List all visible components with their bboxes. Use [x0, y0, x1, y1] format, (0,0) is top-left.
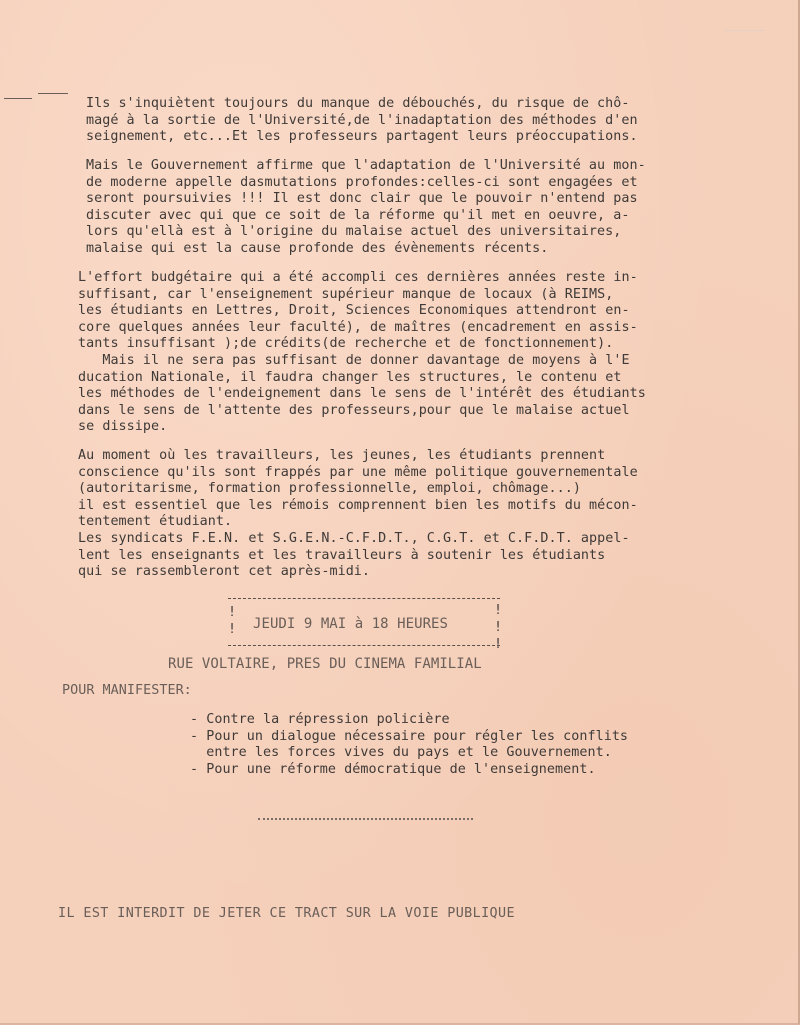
demand-item: - Pour une réforme démocratique de l'ens…	[190, 762, 628, 779]
box-top-border	[228, 598, 500, 599]
text-line: les étudiants en Lettres, Droit, Science…	[78, 303, 646, 320]
text-line: ducation Nationale, il faudra changer le…	[78, 370, 646, 387]
box-bottom-border	[228, 645, 500, 646]
text-line: L'effort budgétaire qui a été accompli c…	[78, 270, 646, 287]
demand-item: - Contre la répression policière	[190, 712, 628, 729]
text-line: il est essentiel que les rémois comprenn…	[78, 498, 638, 515]
text-line: malaise qui est la cause profonde des év…	[86, 241, 646, 258]
demands-list: - Contre la répression policière - Pour …	[190, 712, 628, 778]
text-line: Ils s'inquiètent toujours du manque de d…	[86, 96, 638, 113]
margin-mark	[38, 93, 68, 94]
corner-mark	[725, 30, 765, 31]
text-line: core quelques années leur faculté), de m…	[78, 320, 646, 337]
text-line: seignement, etc...Et les professeurs par…	[86, 129, 638, 146]
text-line: suffisant, car l'enseignement supérieur …	[78, 287, 646, 304]
text-line: les méthodes de l'endeignement dans le s…	[78, 386, 646, 403]
demand-item: - Pour un dialogue nécessaire pour régle…	[190, 729, 628, 746]
text-line: magé à la sortie de l'Université,de l'in…	[86, 113, 638, 130]
paragraph-2: Mais le Gouvernement affirme que l'adapt…	[86, 158, 646, 274]
box-right-border: !	[494, 603, 502, 618]
text-line: dans le sens de l'attente des professeur…	[78, 403, 646, 420]
footer-notice: IL EST INTERDIT DE JETER CE TRACT SUR LA…	[58, 906, 515, 922]
text-line: tants insuffisant );de crédits(de recher…	[78, 336, 646, 353]
paragraph-3: L'effort budgétaire qui a été accompli c…	[78, 270, 646, 436]
text-line: seront poursuivies !!! Il est donc clair…	[86, 191, 646, 208]
margin-mark	[4, 98, 32, 99]
text-line: (autoritarisme, formation professionnell…	[78, 481, 638, 498]
text-line: Les syndicats F.E.N. et S.G.E.N.-C.F.D.T…	[78, 531, 638, 548]
text-line: qui se rassembleront cet après-midi.	[78, 564, 638, 581]
text-line: de moderne appelle dasmutations profonde…	[86, 175, 646, 192]
text-line: se dissipe.	[78, 419, 646, 436]
text-line: lors qu'ellà est à l'origine du malaise …	[86, 224, 646, 241]
box-left-border: !	[228, 605, 236, 620]
text-line: discuter avec qui que ce soit de la réfo…	[86, 208, 646, 225]
text-line: Au moment où les travailleurs, les jeune…	[78, 448, 638, 465]
box-right-border: !	[494, 637, 502, 652]
demands-heading: POUR MANIFESTER:	[62, 683, 192, 699]
separator-line	[258, 818, 473, 820]
paragraph-1: Ils s'inquiètent toujours du manque de d…	[86, 96, 638, 146]
event-location: RUE VOLTAIRE, PRES DU CINEMA FAMILIAL	[168, 656, 482, 672]
text-line: conscience qu'ils sont frappés par une m…	[78, 465, 638, 482]
text-line: tentement étudiant.	[78, 514, 638, 531]
box-left-border: !	[228, 622, 236, 637]
text-line: Mais le Gouvernement affirme que l'adapt…	[86, 158, 646, 175]
event-date-time: JEUDI 9 MAI à 18 HEURES	[253, 616, 448, 632]
box-right-border: !	[494, 620, 502, 635]
demand-item: entre les forces vives du pays et le Gou…	[190, 745, 628, 762]
text-line: Mais il ne sera pas suffisant de donner …	[78, 353, 646, 370]
paragraph-4: Au moment où les travailleurs, les jeune…	[78, 448, 638, 581]
text-line: lent les enseignants et les travailleurs…	[78, 548, 638, 565]
